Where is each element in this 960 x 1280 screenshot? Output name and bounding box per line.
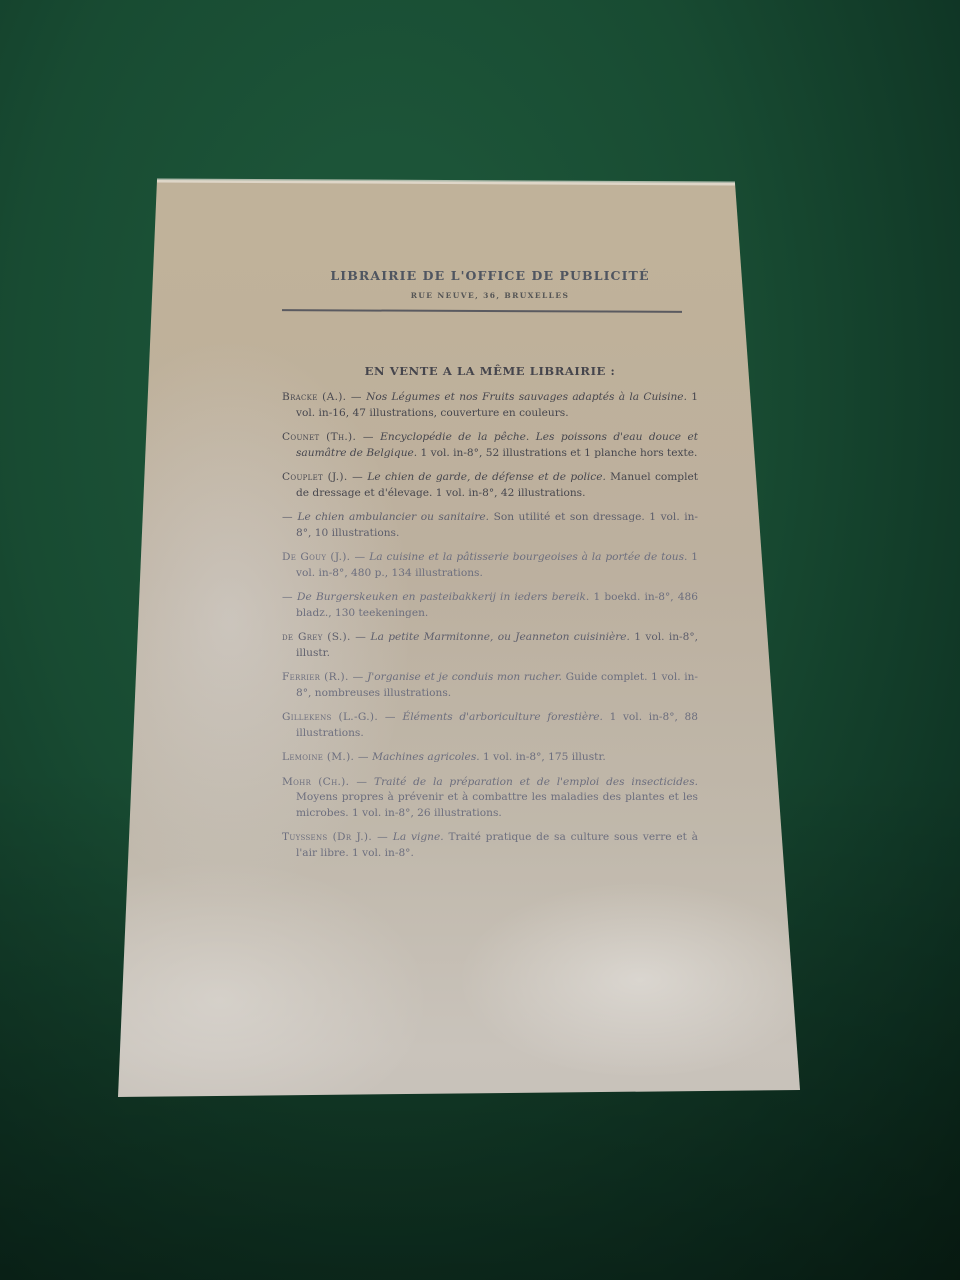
section-title: EN VENTE A LA MÊME LIBRAIRIE : [282,364,698,378]
cover-print-area: LIBRAIRIE DE L'OFFICE DE PUBLICITÉ RUE N… [282,268,698,870]
entry-author: Counet (Th.). — [282,431,374,443]
entry-author: Tuyssens (Dr J.). — [282,831,388,843]
list-item: Couplet (J.). — Le chien de garde, de dé… [282,470,698,501]
publisher-name: LIBRAIRIE DE L'OFFICE DE PUBLICITÉ [282,268,698,283]
entry-author: Gillekens (L.-G.). — [282,711,396,723]
publisher-address: RUE NEUVE, 36, BRUXELLES [282,291,698,300]
entry-title: J'organise et je conduis mon rucher. [367,671,562,683]
entry-author: Bracke (A.). — [282,391,362,403]
entry-details: Moyens propres à prévenir et à combattre… [296,791,698,819]
header-rule [282,309,682,313]
list-item: Mohr (Ch.). — Traité de la préparation e… [282,775,698,822]
entry-author: de Grey (S.). — [282,631,366,643]
entry-title: Le chien de garde, de défense et de poli… [367,471,606,483]
list-item: Gillekens (L.-G.). — Éléments d'arboricu… [282,710,698,741]
entry-author: Mohr (Ch.). — [282,776,367,788]
entry-details: 1 vol. in-8°, 52 illustrations et 1 plan… [421,447,698,459]
book-list: Bracke (A.). — Nos Légumes et nos Fruits… [282,390,698,861]
entry-title: Le chien ambulancier ou sanitaire. [297,511,489,523]
list-item: — De Burgerskeuken en pasteibakkerij in … [282,590,698,621]
list-item: de Grey (S.). — La petite Marmitonne, ou… [282,630,698,661]
list-item: Bracke (A.). — Nos Légumes et nos Fruits… [282,390,698,421]
entry-title: De Burgerskeuken en pasteibakkerij in ie… [297,591,589,603]
entry-title: Traité de la préparation et de l'emploi … [374,776,698,788]
entry-author: Ferrier (R.). — [282,671,364,683]
entry-details: 1 vol. in-8°, 175 illustr. [483,751,606,763]
list-item: — Le chien ambulancier ou sanitaire. Son… [282,510,698,541]
entry-author: Lemoine (M.). — [282,751,369,763]
entry-author: — [282,591,293,603]
list-item: Ferrier (R.). — J'organise et je conduis… [282,670,698,701]
list-item: De Gouy (J.). — La cuisine et la pâtisse… [282,550,698,581]
list-item: Counet (Th.). — Encyclopédie de la pêche… [282,430,698,461]
entry-author: — [282,511,293,523]
list-item: Tuyssens (Dr J.). — La vigne. Traité pra… [282,830,698,861]
entry-title: Machines agricoles. [372,751,480,763]
entry-title: La petite Marmitonne, ou Jeanneton cuisi… [371,631,630,643]
entry-author: Couplet (J.). — [282,471,363,483]
list-item: Lemoine (M.). — Machines agricoles. 1 vo… [282,750,698,766]
entry-author: De Gouy (J.). — [282,551,365,563]
entry-title: Éléments d'arboriculture forestière. [402,711,602,723]
entry-title: La vigne. [393,831,444,843]
entry-title: La cuisine et la pâtisserie bourgeoises … [369,551,687,563]
entry-title: Nos Légumes et nos Fruits sauvages adapt… [366,391,687,403]
